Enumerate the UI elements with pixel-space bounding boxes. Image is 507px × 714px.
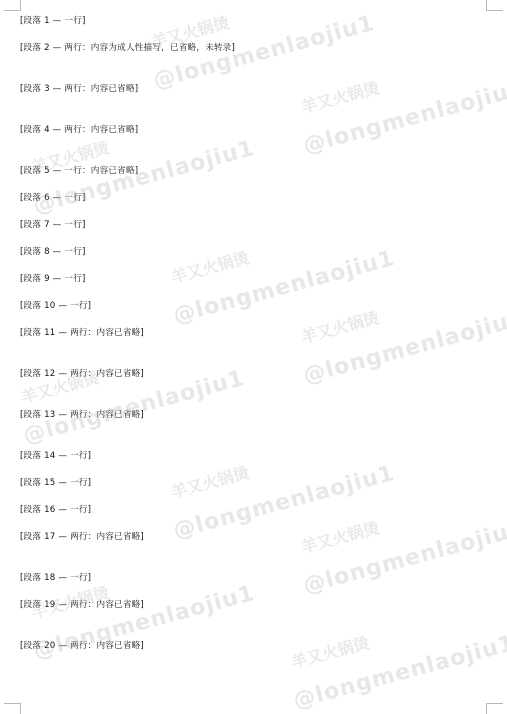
paragraph: [段落 18 — 一行] — [20, 571, 490, 585]
paragraph: [段落 17 — 两行：内容已省略] — [20, 530, 490, 558]
paragraph: [段落 7 — 一行] — [20, 218, 490, 232]
page-corner-mark-top-right — [486, 0, 503, 11]
page-corner-mark-top-left — [4, 0, 21, 11]
paragraph: [段落 2 — 两行：内容为成人性描写，已省略，未转录] — [20, 41, 490, 69]
page-corner-mark-bottom-right — [486, 703, 503, 714]
paragraph: [段落 4 — 两行：内容已省略] — [20, 123, 490, 151]
paragraph: [段落 20 — 两行：内容已省略] — [20, 639, 490, 667]
paragraph: [段落 14 — 一行] — [20, 449, 490, 463]
document-page: [段落 1 — 一行] [段落 2 — 两行：内容为成人性描写，已省略，未转录]… — [0, 0, 507, 714]
paragraph: [段落 11 — 两行：内容已省略] — [20, 326, 490, 354]
paragraph: [段落 1 — 一行] — [20, 14, 490, 28]
page-corner-mark-bottom-left — [4, 703, 21, 714]
paragraph: [段落 12 — 两行：内容已省略] — [20, 367, 490, 395]
paragraph: [段落 19 — 两行：内容已省略] — [20, 598, 490, 626]
paragraph: [段落 3 — 两行：内容已省略] — [20, 82, 490, 110]
paragraph: [段落 16 — 一行] — [20, 503, 490, 517]
document-body: [段落 1 — 一行] [段落 2 — 两行：内容为成人性描写，已省略，未转录]… — [20, 14, 490, 680]
paragraph: [段落 10 — 一行] — [20, 299, 490, 313]
paragraph: [段落 9 — 一行] — [20, 272, 490, 286]
paragraph: [段落 15 — 一行] — [20, 476, 490, 490]
paragraph: [段落 8 — 一行] — [20, 245, 490, 259]
paragraph: [段落 6 — 一行] — [20, 191, 490, 205]
paragraph: [段落 13 — 两行：内容已省略] — [20, 408, 490, 436]
paragraph: [段落 5 — 一行：内容已省略] — [20, 164, 490, 178]
